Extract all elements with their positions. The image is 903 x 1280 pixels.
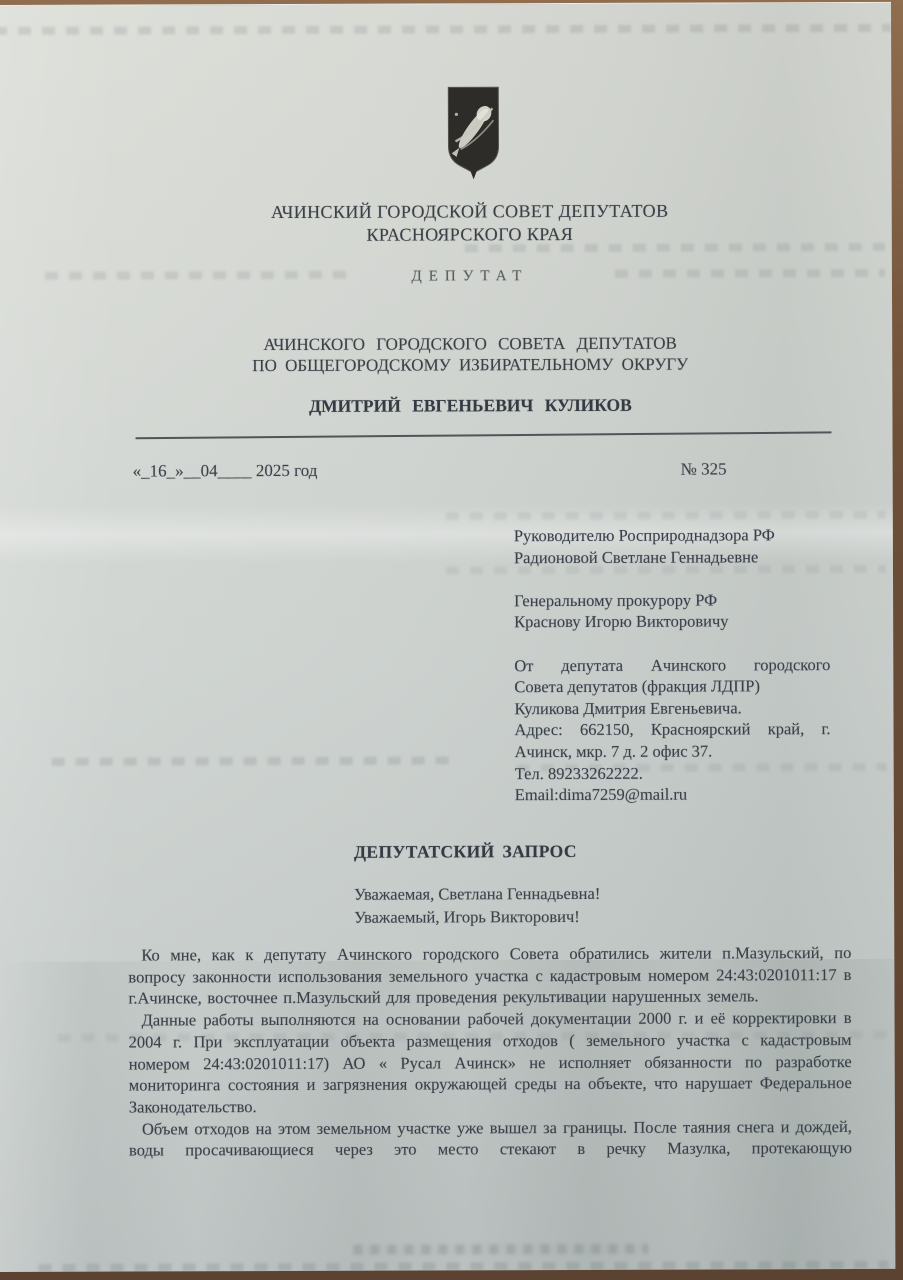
document-page: АЧИНСКИЙ ГОРОДСКОЙ СОВЕТ ДЕПУТАТОВ КРАСН…	[0, 2, 895, 1272]
addressee-line: Краснову Игорю Викторовичу	[514, 610, 830, 633]
scan-artifact	[38, 1261, 888, 1272]
addressee-spacer	[514, 567, 830, 590]
letterhead-divider	[136, 431, 832, 439]
sender-line: От депутата Ачинского городского	[514, 654, 830, 677]
sub-header-line1: АЧИНСКОГО ГОРОДСКОГО СОВЕТА ДЕПУТАТОВ	[0, 333, 903, 356]
achinsk-coat-of-arms-icon	[446, 86, 500, 181]
addressee-line: Радионовой Светлане Геннадьевне	[514, 546, 830, 569]
letter-body: Ко мне, как к депутату Ачинского городск…	[128, 942, 852, 1162]
scan-artifact	[353, 1244, 648, 1255]
addressee-line: Генеральному прокурору РФ	[514, 589, 830, 612]
sender-line: Куликова Дмитрия Евгеньевича.	[514, 697, 830, 720]
sender-email: Email:dima7259@mail.ru	[515, 783, 831, 806]
addressee-line: Руководителю Росприроднадзора РФ	[514, 524, 830, 547]
scan-artifact	[52, 756, 452, 765]
sender-phone: Тел. 89233262222.	[515, 762, 831, 785]
scan-artifact	[446, 511, 886, 521]
deputy-name: ДМИТРИЙ ЕВГЕНЬЕВИЧ КУЛИКОВ	[0, 394, 903, 418]
sender-address-line: Адрес: 662150, Красноярский край, г.	[514, 718, 830, 741]
document-title: ДЕПУТАТСКИЙ ЗАПРОС	[354, 841, 577, 863]
addressee-spacer	[514, 632, 830, 655]
scanned-letter-photo: АЧИНСКИЙ ГОРОДСКОЙ СОВЕТ ДЕПУТАТОВ КРАСН…	[0, 0, 903, 1280]
sub-header-line2: ПО ОБЩЕГОРОДСКОМУ ИЗБИРАТЕЛЬНОМУ ОКРУГУ	[0, 354, 903, 377]
org-name-line2: КРАСНОЯРСКОГО КРАЯ	[0, 223, 903, 247]
sender-address-line: Ачинск, мкр. 7 д. 2 офис 37.	[515, 740, 831, 763]
salutation-block: Уважаемая, Светлана Геннадьевна! Уважаем…	[354, 883, 600, 929]
paragraph: Данные работы выполняются на основании р…	[129, 1007, 852, 1118]
salutation-line: Уважаемая, Светлана Геннадьевна!	[354, 883, 600, 906]
paragraph: Ко мне, как к депутату Ачинского городск…	[128, 942, 851, 1010]
date-line: «_16_»__04____ 2025 год	[133, 461, 318, 482]
role-label: ДЕПУТАТ	[0, 267, 903, 287]
addressee-block: Руководителю Росприроднадзора РФ Радионо…	[514, 524, 831, 806]
org-name-line1: АЧИНСКИЙ ГОРОДСКОЙ СОВЕТ ДЕПУТАТОВ	[0, 200, 903, 224]
sender-line: Совета депутатов (фракция ЛДПР)	[514, 675, 830, 698]
salutation-line: Уважаемый, Игорь Викторович!	[354, 905, 600, 928]
document-number: № 325	[681, 459, 727, 479]
scan-artifact	[0, 24, 891, 35]
paragraph: Объем отходов на этом земельном участке …	[129, 1116, 852, 1162]
